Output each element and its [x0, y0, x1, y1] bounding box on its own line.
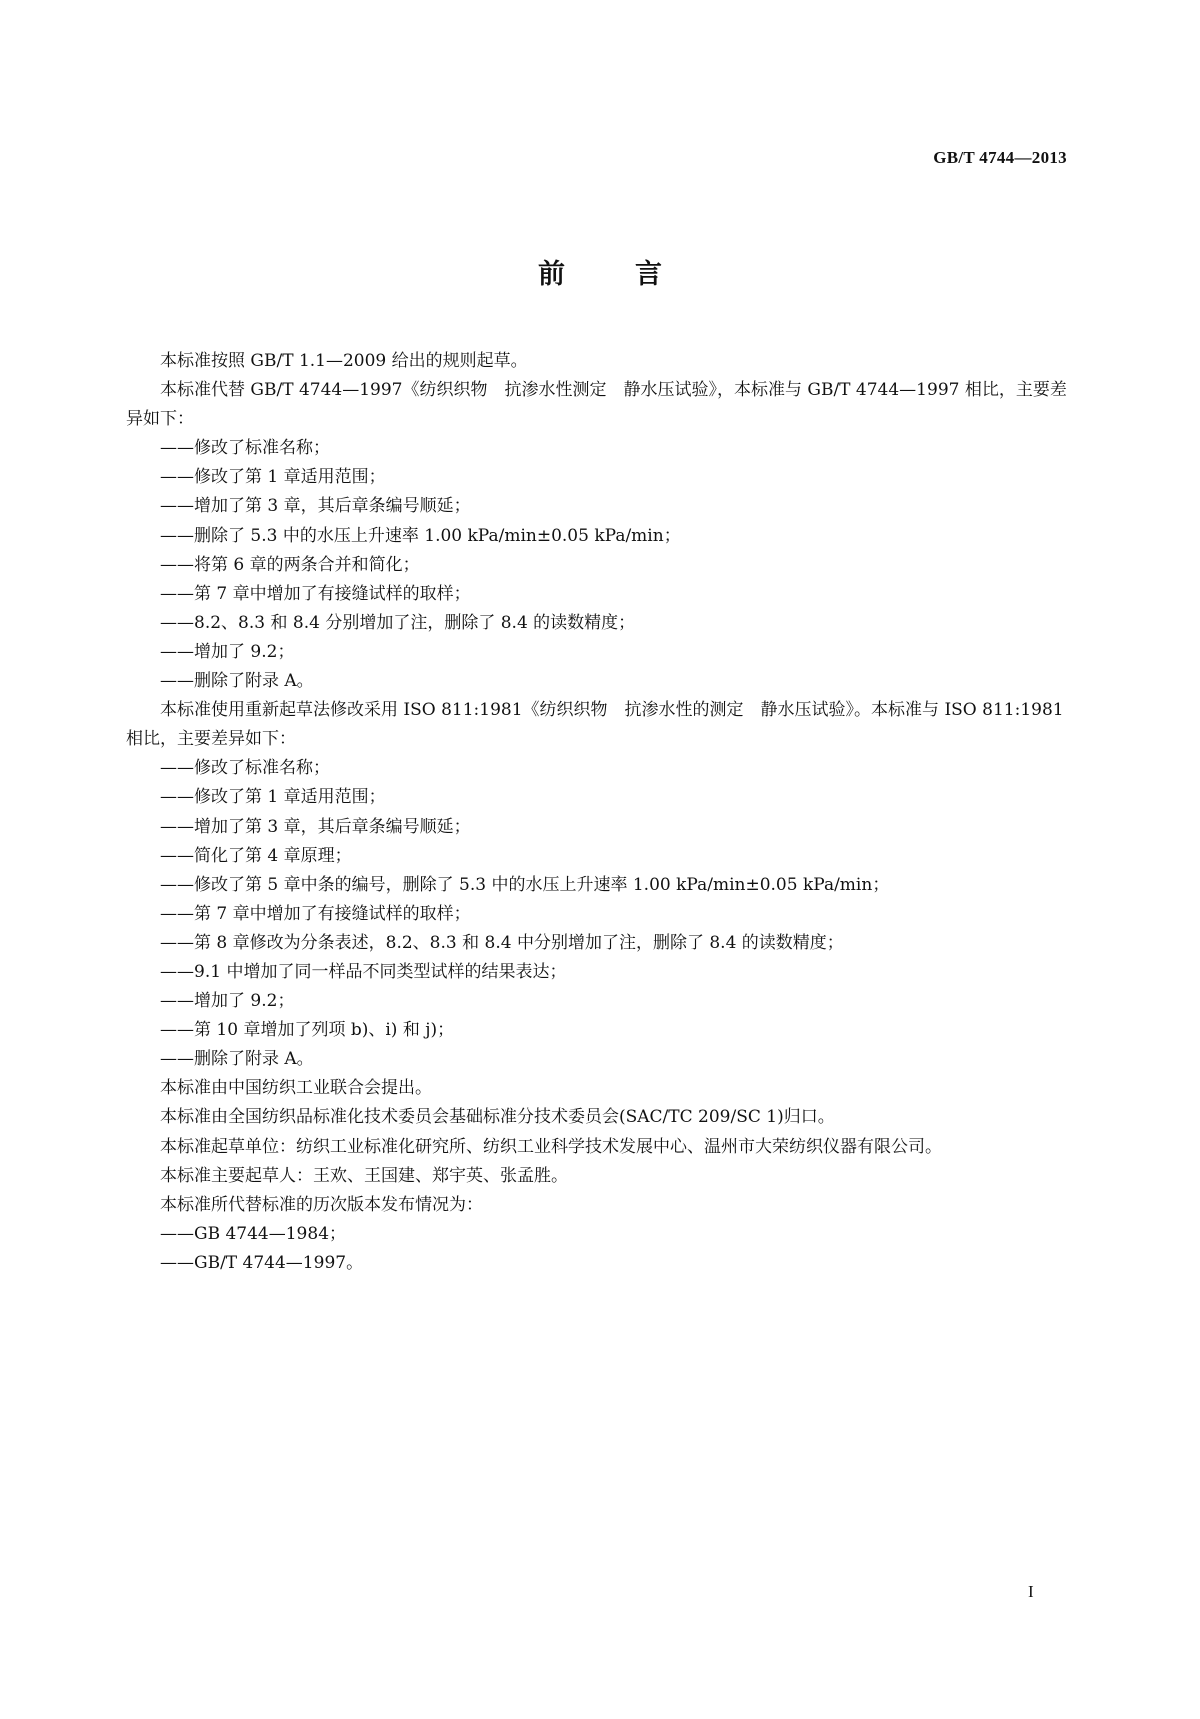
list-item: ——修改了标准名称；: [126, 434, 1076, 463]
list-item: ——修改了第 1 章适用范围；: [126, 463, 1076, 492]
list-item: ——增加了第 3 章，其后章条编号顺延；: [126, 813, 1076, 842]
list-item: ——8.2、8.3 和 8.4 分别增加了注，删除了 8.4 的读数精度；: [126, 609, 1076, 638]
page-number: I: [1028, 1582, 1034, 1602]
paragraph: 本标准主要起草人：王欢、王国建、郑宇英、张孟胜。: [126, 1162, 1076, 1191]
list-item: ——删除了 5.3 中的水压上升速率 1.00 kPa/min±0.05 kPa…: [126, 522, 1076, 551]
list-item: ——GB 4744—1984；: [126, 1220, 1076, 1249]
list-item: ——增加了 9.2；: [126, 987, 1076, 1016]
list-item: ——修改了第 5 章中条的编号，删除了 5.3 中的水压上升速率 1.00 kP…: [126, 871, 1076, 900]
list-item: ——第 7 章中增加了有接缝试样的取样；: [126, 580, 1076, 609]
foreword-body: 本标准按照 GB/T 1.1—2009 给出的规则起草。本标准代替 GB/T 4…: [126, 347, 1076, 1278]
list-item: ——将第 6 章的两条合并和简化；: [126, 551, 1076, 580]
list-item: ——9.1 中增加了同一样品不同类型试样的结果表达；: [126, 958, 1076, 987]
list-item: ——第 10 章增加了列项 b)、i) 和 j)；: [126, 1016, 1076, 1045]
list-item: ——第 7 章中增加了有接缝试样的取样；: [126, 900, 1076, 929]
document-code: GB/T 4744—2013: [933, 148, 1067, 168]
list-item: ——GB/T 4744—1997。: [126, 1249, 1076, 1278]
paragraph: 本标准由中国纺织工业联合会提出。: [126, 1074, 1076, 1103]
list-item: ——简化了第 4 章原理；: [126, 842, 1076, 871]
list-item: ——删除了附录 A。: [126, 667, 1076, 696]
list-item: ——修改了第 1 章适用范围；: [126, 783, 1076, 812]
paragraph: 本标准按照 GB/T 1.1—2009 给出的规则起草。: [126, 347, 1076, 376]
title-char-2: 言: [635, 252, 662, 291]
list-item: ——修改了标准名称；: [126, 754, 1076, 783]
paragraph: 本标准使用重新起草法修改采用 ISO 811:1981《纺织织物 抗渗水性的测定…: [126, 696, 1076, 754]
list-item: ——增加了第 3 章，其后章条编号顺延；: [126, 492, 1076, 521]
paragraph: 本标准所代替标准的历次版本发布情况为：: [126, 1191, 1076, 1220]
list-item: ——增加了 9.2；: [126, 638, 1076, 667]
paragraph: 本标准由全国纺织品标准化技术委员会基础标准分技术委员会(SAC/TC 209/S…: [126, 1103, 1076, 1132]
list-item: ——第 8 章修改为分条表述，8.2、8.3 和 8.4 中分别增加了注，删除了…: [126, 929, 1076, 958]
paragraph: 本标准起草单位：纺织工业标准化研究所、纺织工业科学技术发展中心、温州市大荣纺织仪…: [126, 1133, 1076, 1162]
title-char-1: 前: [538, 252, 565, 291]
paragraph: 本标准代替 GB/T 4744—1997《纺织织物 抗渗水性测定 静水压试验》，…: [126, 376, 1076, 434]
page-title: 前言: [0, 252, 1200, 291]
list-item: ——删除了附录 A。: [126, 1045, 1076, 1074]
